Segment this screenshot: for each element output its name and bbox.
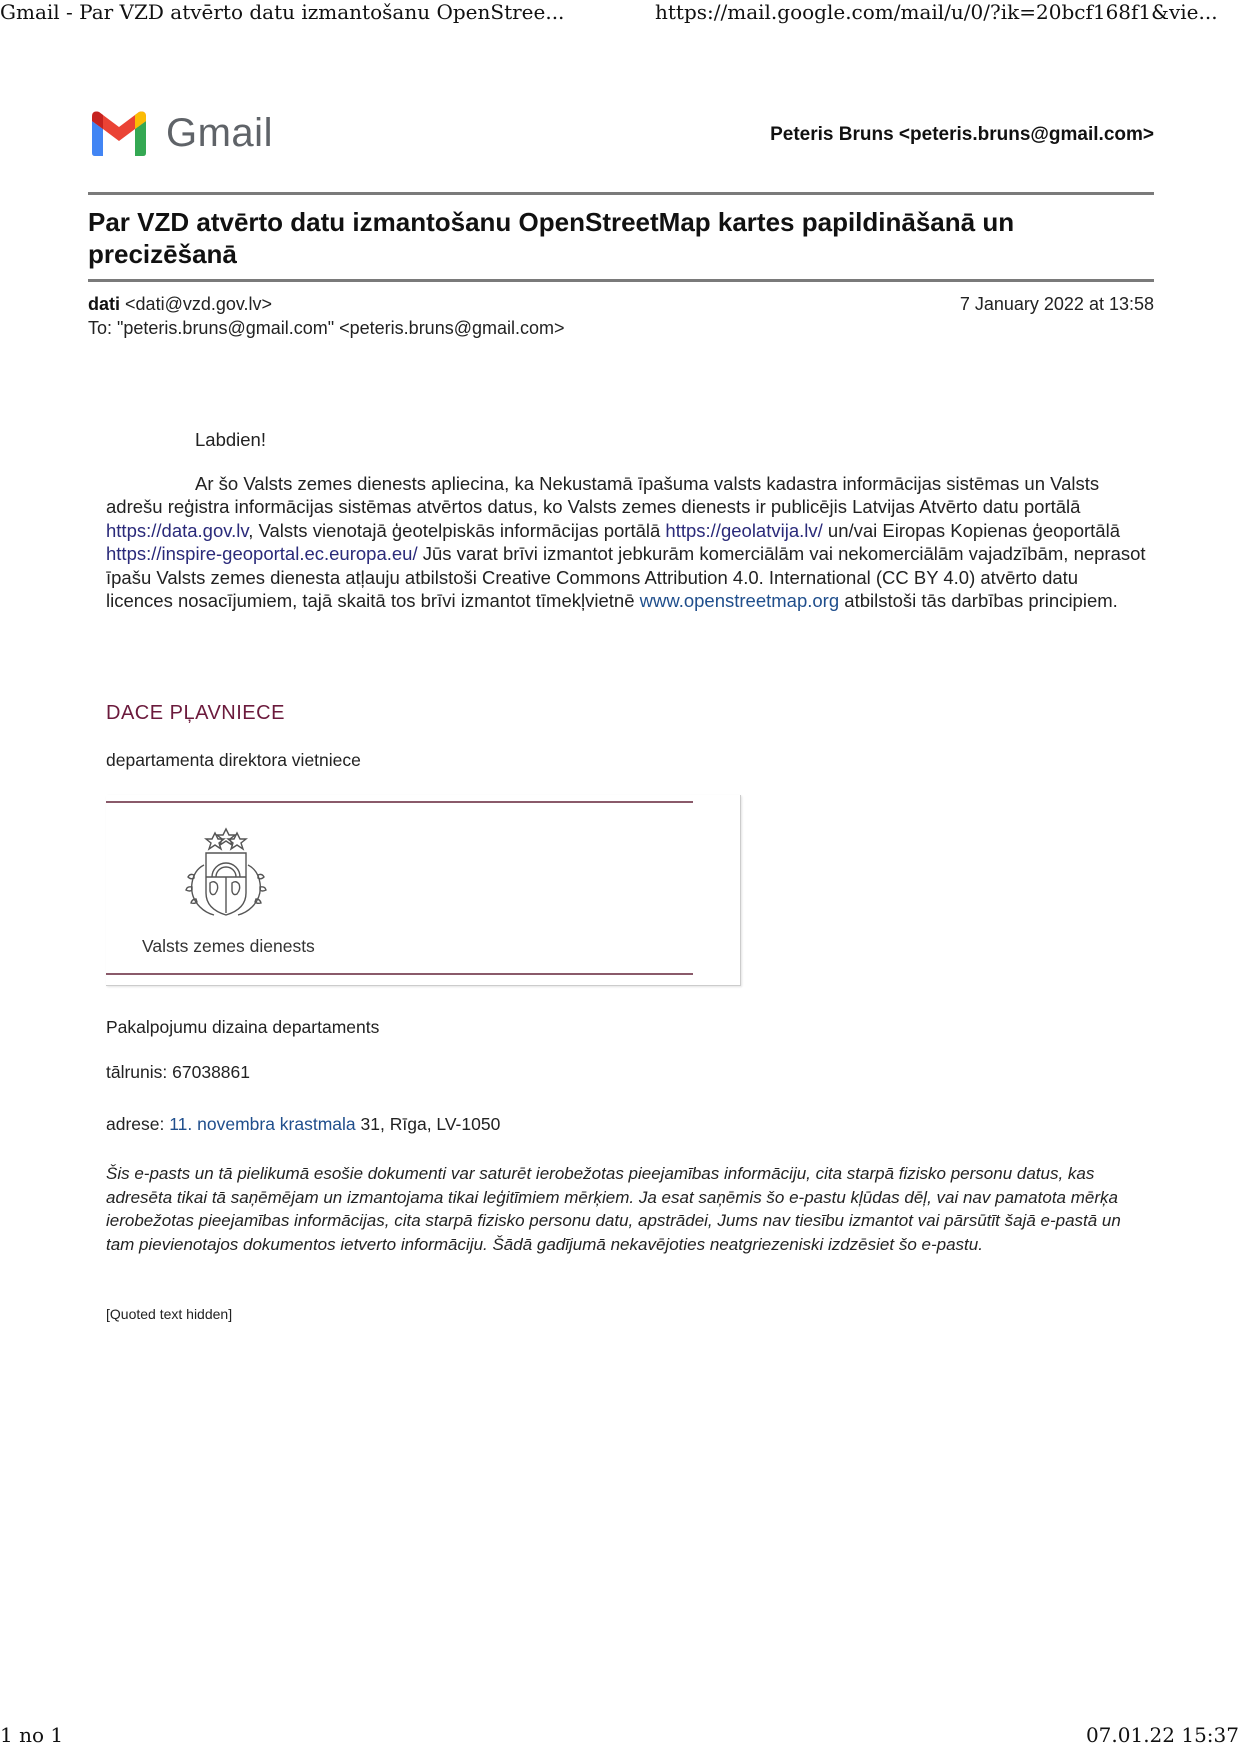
gmail-header: Gmail Peteris Bruns <peteris.bruns@gmail…: [88, 108, 1154, 158]
link-inspire-geoportal[interactable]: https://inspire-geoportal.ec.europa.eu/: [106, 543, 418, 564]
link-openstreetmap[interactable]: www.openstreetmap.org: [640, 590, 840, 611]
print-timestamp: 07.01.22 15:37: [1086, 1723, 1239, 1747]
signature-divider: [106, 801, 693, 803]
signature-department: Pakalpojumu dizaina departaments: [106, 1017, 379, 1038]
divider: [88, 192, 1154, 195]
recipient-line: To: "peteris.bruns@gmail.com" <peteris.b…: [88, 316, 1154, 340]
email-date: 7 January 2022 at 13:58: [960, 292, 1154, 316]
signature-divider: [106, 973, 693, 975]
account-info: Peteris Bruns <peteris.bruns@gmail.com>: [770, 124, 1154, 146]
greeting: Labdien!: [195, 428, 1146, 452]
divider: [88, 279, 1154, 282]
address-label: adrese:: [106, 1114, 169, 1134]
email-subject: Par VZD atvērto datu izmantošanu OpenStr…: [88, 206, 1154, 270]
email-meta: dati <dati@vzd.gov.lv> To: "peteris.brun…: [88, 292, 1154, 340]
signature-name: DACE PĻAVNIECE: [106, 702, 285, 725]
print-footer: 1 no 1 07.01.22 15:37: [0, 1719, 1241, 1753]
link-geolatvija[interactable]: https://geolatvija.lv/: [665, 520, 822, 541]
link-data-gov[interactable]: https://data.gov.lv: [106, 520, 248, 541]
email-body: Labdien! Ar šo Valsts zemes dienests apl…: [106, 428, 1146, 613]
print-page-title: Gmail - Par VZD atvērto datu izmantošanu…: [0, 0, 564, 24]
body-text: , Valsts vienotajā ģeotelpiskās informāc…: [248, 520, 665, 541]
signature-phone: tālrunis: 67038861: [106, 1062, 250, 1083]
body-text: atbilstoši tās darbības principiem.: [839, 590, 1118, 611]
body-text: Ar šo Valsts zemes dienests apliecina, k…: [106, 473, 1099, 518]
email-disclaimer: Šis e-pasts un tā pielikumā esošie dokum…: [106, 1162, 1136, 1256]
signature-title: departamenta direktora vietniece: [106, 750, 361, 771]
gmail-wordmark: Gmail: [166, 111, 273, 156]
print-page-url: https://mail.google.com/mail/u/0/?ik=20b…: [655, 0, 1218, 24]
sender-address: <dati@vzd.gov.lv>: [125, 294, 272, 314]
print-header: Gmail - Par VZD atvērto datu izmantošanu…: [0, 0, 1241, 30]
signature-address: adrese: 11. novembra krastmala 31, Rīga,…: [106, 1114, 500, 1135]
quoted-text-toggle[interactable]: [Quoted text hidden]: [106, 1306, 232, 1322]
body-text: un/vai Eiropas Kopienas ģeoportālā: [823, 520, 1120, 541]
body-paragraph: Ar šo Valsts zemes dienests apliecina, k…: [106, 472, 1146, 613]
coat-of-arms-icon: [176, 825, 276, 925]
page-number: 1 no 1: [0, 1723, 63, 1747]
gmail-m-icon: [88, 109, 150, 157]
address-rest: 31, Rīga, LV-1050: [356, 1114, 501, 1134]
organization-name: Valsts zemes dienests: [142, 936, 315, 957]
gmail-logo[interactable]: Gmail: [88, 108, 273, 158]
address-link[interactable]: 11. novembra krastmala: [169, 1114, 355, 1134]
signature-logo-card: Valsts zemes dienests: [106, 795, 741, 986]
sender-name: dati: [88, 294, 120, 314]
